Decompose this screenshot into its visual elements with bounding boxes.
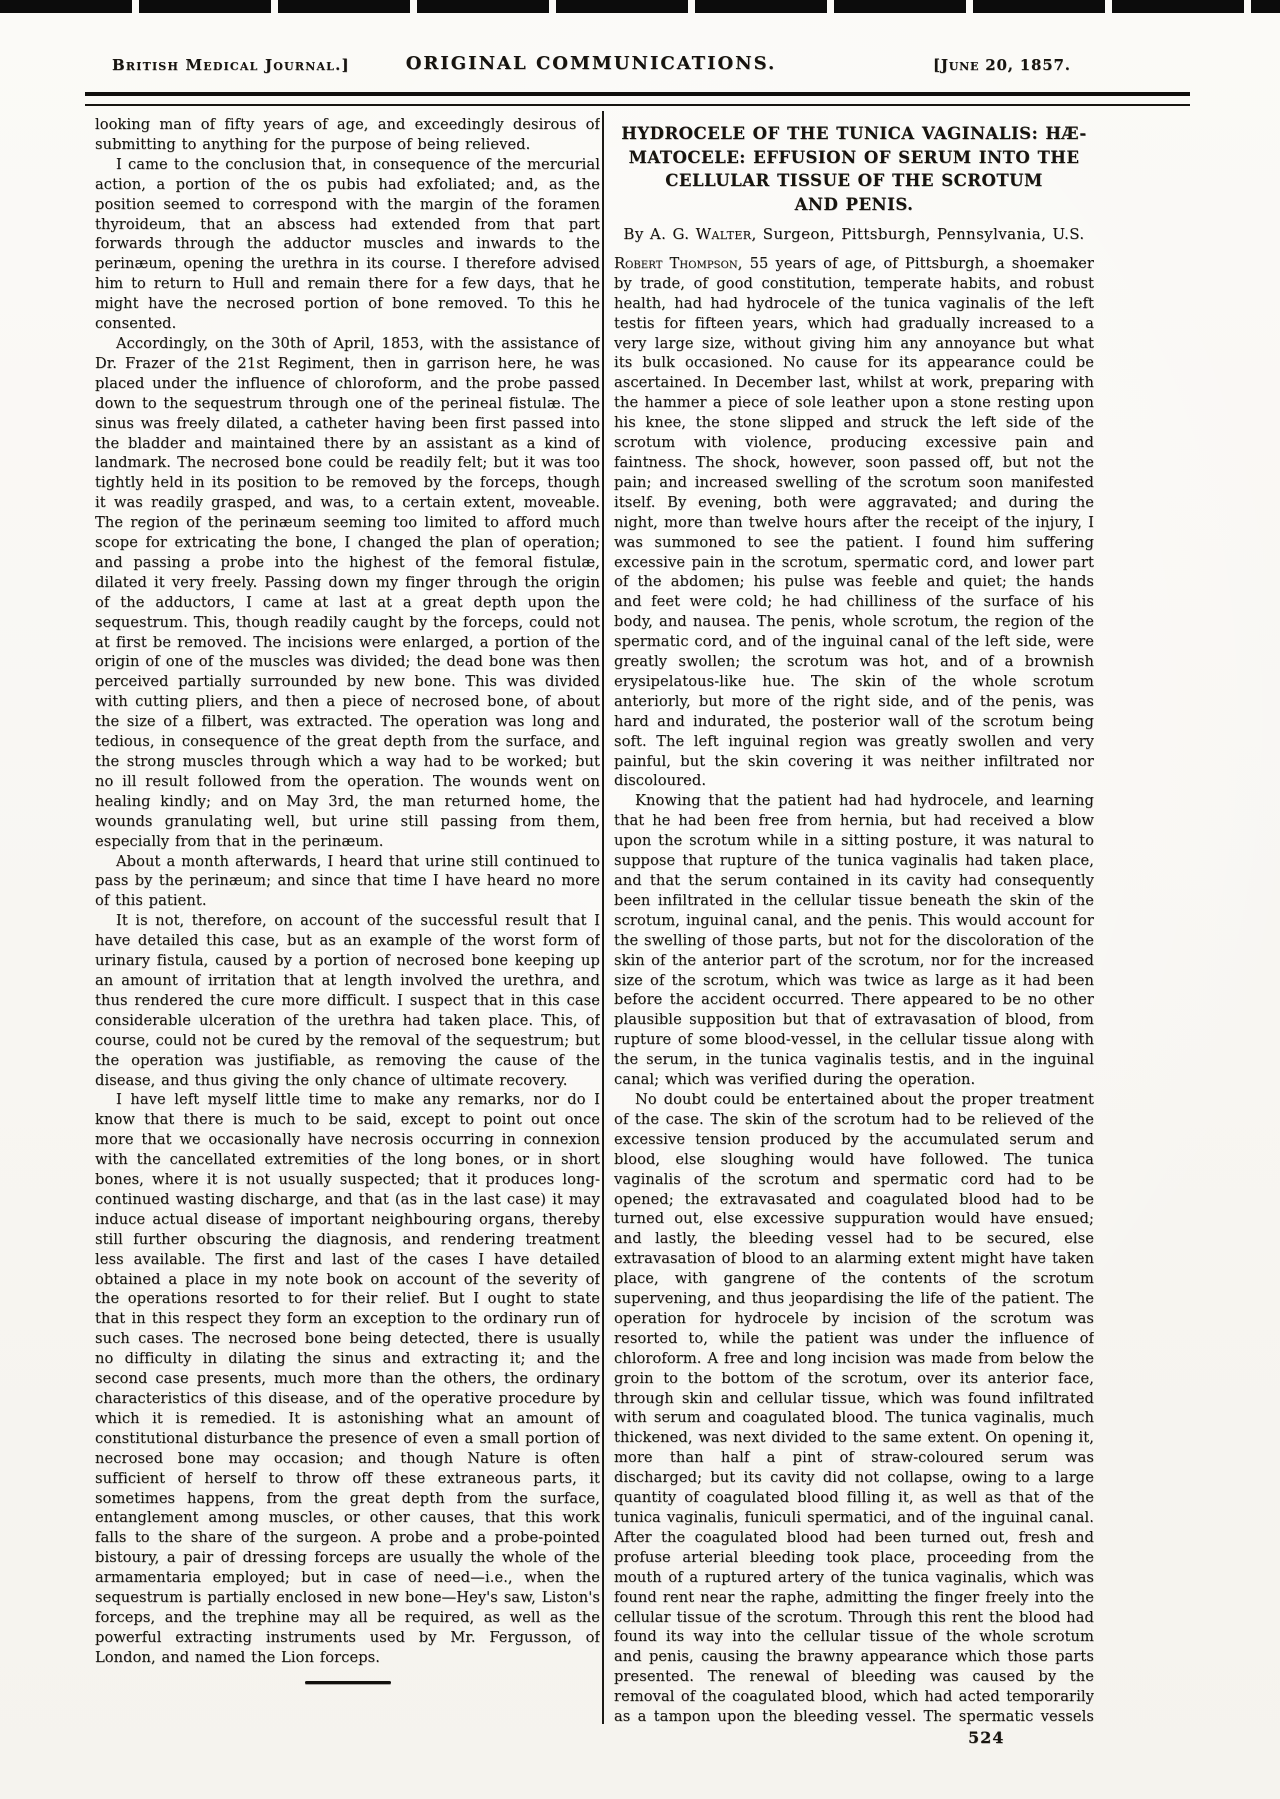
author-name: A. G. Walter — [650, 225, 752, 243]
article-title: HYDROCELE OF THE TUNICA VAGINALIS: HÆ-MA… — [620, 122, 1088, 216]
column-divider-rule — [602, 111, 604, 1724]
byline-prefix: By — [623, 225, 649, 243]
paragraph-lead: Robert Thompson — [614, 255, 738, 272]
title-line: MATOCELE: EFFUSION OF SERUM INTO THE — [620, 146, 1088, 170]
journal-page-scan: British Medical Journal.] ORIGINAL COMMU… — [0, 0, 1280, 1799]
paragraph: I have left myself little time to make a… — [95, 1090, 600, 1667]
left-column-body: looking man of fifty years of age, and e… — [95, 115, 600, 1668]
paragraph: No doubt could be entertained about the … — [614, 1090, 1094, 1727]
left-column: looking man of fifty years of age, and e… — [95, 115, 600, 1720]
paragraph: Knowing that the patient had had hydroce… — [614, 791, 1094, 1090]
paragraph: I came to the conclusion that, in conseq… — [95, 155, 600, 334]
paragraph: About a month afterwards, I heard that u… — [95, 852, 600, 912]
paragraph: Robert Thompson, 55 years of age, of Pit… — [614, 254, 1094, 791]
issue-date: [June 20, 1857. — [933, 56, 1071, 74]
right-column-body: Robert Thompson, 55 years of age, of Pit… — [614, 254, 1094, 1727]
title-line: HYDROCELE OF THE TUNICA VAGINALIS: HÆ- — [620, 122, 1088, 146]
article-byline: By A. G. Walter, Surgeon, Pittsburgh, Pe… — [614, 225, 1094, 245]
journal-name: British Medical Journal.] — [112, 56, 350, 74]
article-end-rule — [305, 1681, 391, 1684]
byline-suffix: , Surgeon, Pittsburgh, Pennsylvania, U.S… — [751, 225, 1084, 243]
paragraph: looking man of fifty years of age, and e… — [95, 115, 600, 155]
header-double-rule — [85, 92, 1190, 106]
page-number: 524 — [968, 1728, 1004, 1747]
title-line: CELLULAR TISSUE OF THE SCROTUM — [620, 169, 1088, 193]
title-line: AND PENIS. — [620, 193, 1088, 217]
section-heading: ORIGINAL COMMUNICATIONS. — [406, 53, 777, 74]
right-column: HYDROCELE OF THE TUNICA VAGINALIS: HÆ-MA… — [614, 115, 1094, 1727]
paragraph: It is not, therefore, on account of the … — [95, 911, 600, 1090]
paragraph: Accordingly, on the 30th of April, 1853,… — [95, 334, 600, 852]
scan-edge-bar — [0, 0, 1280, 13]
